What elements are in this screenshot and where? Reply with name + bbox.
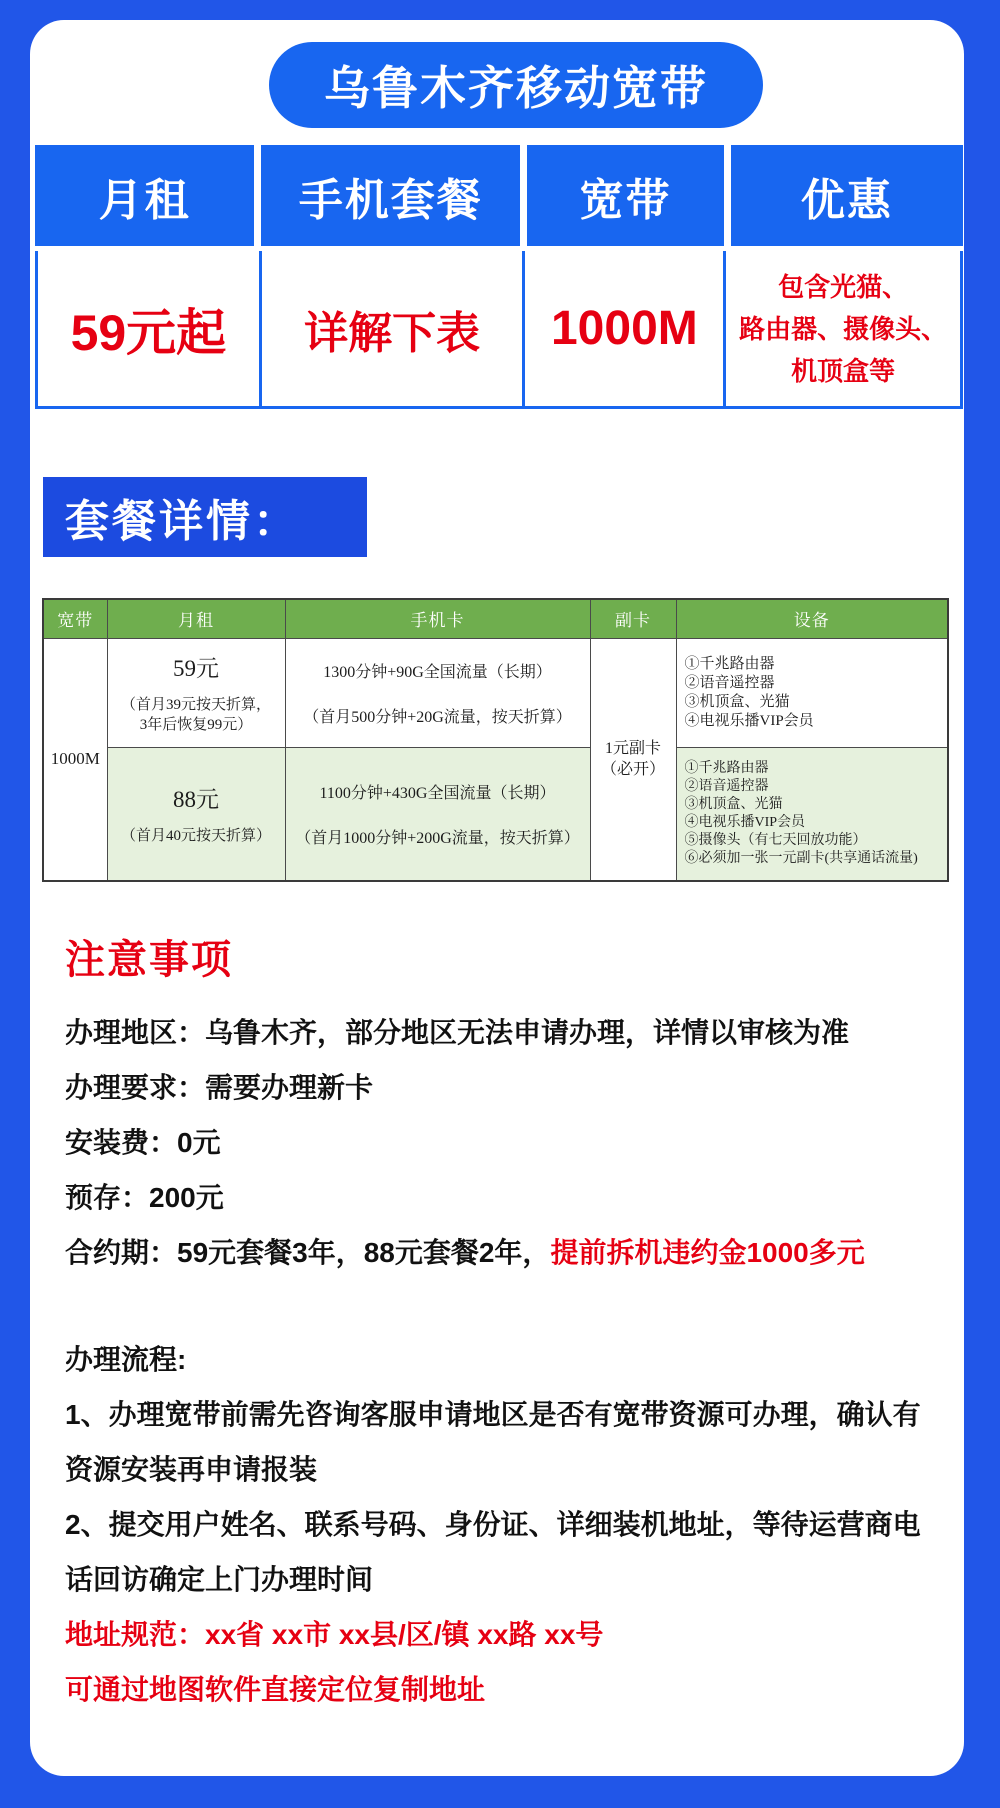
notes-section: 办理地区：乌鲁木齐，部分地区无法申请办理，详情以审核为准 办理要求：需要办理新卡… (65, 1005, 960, 1717)
sim-cell-88: 1100分钟+430G全国流量（长期） （首月1000分钟+200G流量，按天折… (285, 747, 590, 881)
note-line: 安装费：0元 (65, 1115, 960, 1170)
device-item: ④电视乐播VIP会员 (685, 814, 946, 832)
detail-header-monthly: 月租 (107, 599, 285, 638)
monthly-price: 59元 (108, 650, 285, 683)
discount-line: 包含光猫、 (778, 266, 908, 308)
monthly-cell-88: 88元 （首月40元按天折算） (107, 747, 285, 881)
detail-header-broadband: 宽带 (43, 599, 107, 638)
subcard-line: （必开） (591, 759, 676, 780)
notes-spacer (65, 1280, 960, 1332)
subcard-line: 1元副卡 (591, 738, 676, 759)
process-line: 资源安装再申请报装 (65, 1442, 960, 1497)
content-card: 乌鲁木齐移动宽带 月租 手机套餐 宽带 优惠 59元起 详解下表 1000M 包… (30, 20, 964, 1776)
sim-line: 1300分钟+90G全国流量（长期） (286, 659, 590, 682)
address-rule-line: 地址规范：xx省 xx市 xx县/区/镇 xx路 xx号 (65, 1607, 960, 1662)
sim-cell-59: 1300分钟+90G全国流量（长期） （首月500分钟+20G流量，按天折算） (285, 638, 590, 747)
notes-title: 注意事项 (65, 928, 233, 985)
note-line: 合约期：59元套餐3年，88元套餐2年，提前拆机违约金1000多元 (65, 1225, 960, 1280)
note-line: 预存：200元 (65, 1170, 960, 1225)
monthly-note: （首月40元按天折算） (108, 826, 285, 846)
note-line: 办理要求：需要办理新卡 (65, 1060, 960, 1115)
sim-line: 1100分钟+430G全国流量（长期） (286, 780, 590, 803)
summary-header-monthly: 月租 (35, 145, 254, 246)
summary-table-header: 月租 手机套餐 宽带 优惠 (35, 145, 963, 246)
process-line: 2、提交用户姓名、联系号码、身份证、详细装机地址，等待运营商电 (65, 1497, 960, 1552)
device-item: ①千兆路由器 (685, 655, 946, 674)
device-item: ⑥必须加一张一元副卡(共享通话流量) (685, 850, 946, 868)
summary-table-body: 59元起 详解下表 1000M 包含光猫、 路由器、摄像头、 机顶盒等 (35, 251, 963, 409)
title-pill: 乌鲁木齐移动宽带 (269, 42, 763, 128)
monthly-note: （首月39元按天折算， (108, 695, 285, 715)
device-item: ⑤摄像头（有七天回放功能） (685, 832, 946, 850)
section-title-package-details: 套餐详情： (43, 477, 367, 557)
summary-value-broadband: 1000M (522, 251, 723, 406)
note-line: 办理地区：乌鲁木齐，部分地区无法申请办理，详情以审核为准 (65, 1005, 960, 1060)
summary-header-broadband: 宽带 (527, 145, 723, 246)
detail-header-sim: 手机卡 (285, 599, 590, 638)
monthly-note: 3年后恢复99元） (108, 715, 285, 735)
detail-header-subcard: 副卡 (590, 599, 676, 638)
detail-header-devices: 设备 (676, 599, 948, 638)
discount-line: 路由器、摄像头、 (739, 308, 947, 350)
detail-row-59: 1000M 59元 （首月39元按天折算， 3年后恢复99元） 1300分钟+9… (43, 638, 948, 747)
devices-cell-59: ①千兆路由器 ②语音遥控器 ③机顶盒、光猫 ④电视乐播VIP会员 (676, 638, 948, 747)
page-title: 乌鲁木齐移动宽带 (324, 52, 708, 118)
process-title: 办理流程: (65, 1332, 960, 1387)
device-item: ③机顶盒、光猫 (685, 693, 946, 712)
device-item: ③机顶盒、光猫 (685, 796, 946, 814)
summary-header-plan: 手机套餐 (261, 145, 520, 246)
broadband-cell: 1000M (43, 638, 107, 881)
device-item: ④电视乐播VIP会员 (685, 712, 946, 731)
device-item: ②语音遥控器 (685, 778, 946, 796)
discount-line: 机顶盒等 (791, 350, 895, 392)
address-tip-line: 可通过地图软件直接定位复制地址 (65, 1662, 960, 1717)
detail-row-88: 88元 （首月40元按天折算） 1100分钟+430G全国流量（长期） （首月1… (43, 747, 948, 881)
summary-value-plan: 详解下表 (259, 251, 523, 406)
monthly-cell-59: 59元 （首月39元按天折算， 3年后恢复99元） (107, 638, 285, 747)
process-line: 话回访确定上门办理时间 (65, 1552, 960, 1607)
process-line: 1、办理宽带前需先咨询客服申请地区是否有宽带资源可办理，确认有 (65, 1387, 960, 1442)
summary-header-discount: 优惠 (731, 145, 963, 246)
device-item: ①千兆路由器 (685, 760, 946, 778)
detail-header-row: 宽带 月租 手机卡 副卡 设备 (43, 599, 948, 638)
sim-line: （首月500分钟+20G流量，按天折算） (286, 704, 590, 727)
sim-line: （首月1000分钟+200G流量，按天折算） (286, 825, 590, 848)
package-detail-table: 宽带 月租 手机卡 副卡 设备 1000M 59元 （首月39元按天折算， 3年… (42, 598, 947, 882)
device-item: ②语音遥控器 (685, 674, 946, 693)
summary-value-discount: 包含光猫、 路由器、摄像头、 机顶盒等 (723, 251, 960, 406)
summary-value-monthly: 59元起 (38, 251, 259, 406)
devices-cell-88: ①千兆路由器 ②语音遥控器 ③机顶盒、光猫 ④电视乐播VIP会员 ⑤摄像头（有七… (676, 747, 948, 881)
monthly-price: 88元 (108, 781, 285, 814)
subcard-cell: 1元副卡 （必开） (590, 638, 676, 881)
